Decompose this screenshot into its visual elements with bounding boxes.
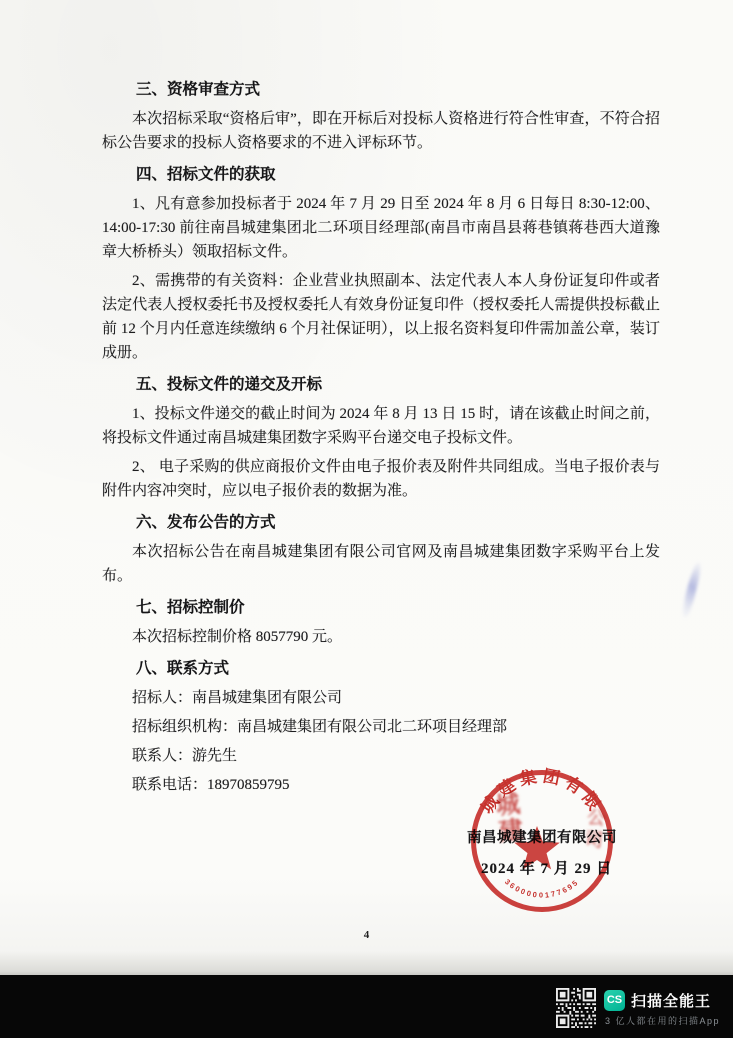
seal-ghost-imprint-right: 公司 bbox=[579, 807, 609, 853]
paragraph: 1、凡有意参加投标者于 2024 年 7 月 29 日至 2024 年 8 月 … bbox=[102, 192, 660, 264]
seal-serial-number: 3600000177695 bbox=[503, 877, 581, 899]
section-heading-6: 六、发布公告的方式 bbox=[102, 511, 660, 535]
seal-ghost-imprint-left: 城建 bbox=[486, 790, 527, 846]
scanner-app-watermark-bar: CS 扫描全能王 3 亿人都在用的扫描App bbox=[0, 975, 733, 1038]
document-body: 三、资格审查方式 本次招标采取“资格后审”，即在开标后对投标人资格进行符合性审查… bbox=[102, 0, 660, 802]
page-number: 4 bbox=[0, 929, 733, 941]
section-heading-7: 七、招标控制价 bbox=[102, 596, 660, 620]
contact-organizer: 招标组织机构：南昌城建集团有限公司北二环项目经理部 bbox=[102, 715, 660, 739]
section-heading-4: 四、招标文件的获取 bbox=[102, 163, 660, 187]
qr-code-icon bbox=[556, 987, 596, 1029]
paragraph: 本次招标公告在南昌城建集团有限公司官网及南昌城建集团数字采购平台上发布。 bbox=[102, 540, 660, 588]
scanner-app-name: 扫描全能王 bbox=[631, 990, 711, 1011]
paragraph: 本次招标控制价格 8057790 元。 bbox=[102, 625, 660, 649]
svg-text:3600000177695: 3600000177695 bbox=[503, 877, 581, 899]
contact-bidder: 招标人：南昌城建集团有限公司 bbox=[102, 686, 660, 710]
page-bottom-shadow bbox=[0, 951, 733, 975]
company-seal: 南昌城建集团有限公司 2024 年 7 月 29 日 南昌城建集团有限公司 36… bbox=[457, 756, 627, 926]
paragraph: 2、 电子采购的供应商报价文件由电子报价表及附件共同组成。当电子报价表与附件内容… bbox=[102, 455, 660, 503]
scan-artifact bbox=[680, 561, 703, 619]
paragraph: 1、投标文件递交的截止时间为 2024 年 8 月 13 日 15 时，请在该截… bbox=[102, 402, 660, 450]
section-heading-8: 八、联系方式 bbox=[102, 657, 660, 681]
scanner-app-tagline: 3 亿人都在用的扫描App bbox=[604, 1014, 720, 1027]
paragraph: 本次招标采取“资格后审”，即在开标后对投标人资格进行符合性审查，不符合招标公告要… bbox=[102, 107, 660, 155]
section-heading-5: 五、投标文件的递交及开标 bbox=[102, 373, 660, 397]
paragraph: 2、需携带的有关资料：企业营业执照副本、法定代表人本人身份证复印件或者法定代表人… bbox=[102, 269, 660, 365]
camscanner-logo-icon: CS bbox=[604, 990, 625, 1011]
section-heading-3: 三、资格审查方式 bbox=[102, 78, 660, 102]
scanned-page: 三、资格审查方式 本次招标采取“资格后审”，即在开标后对投标人资格进行符合性审查… bbox=[0, 0, 733, 975]
